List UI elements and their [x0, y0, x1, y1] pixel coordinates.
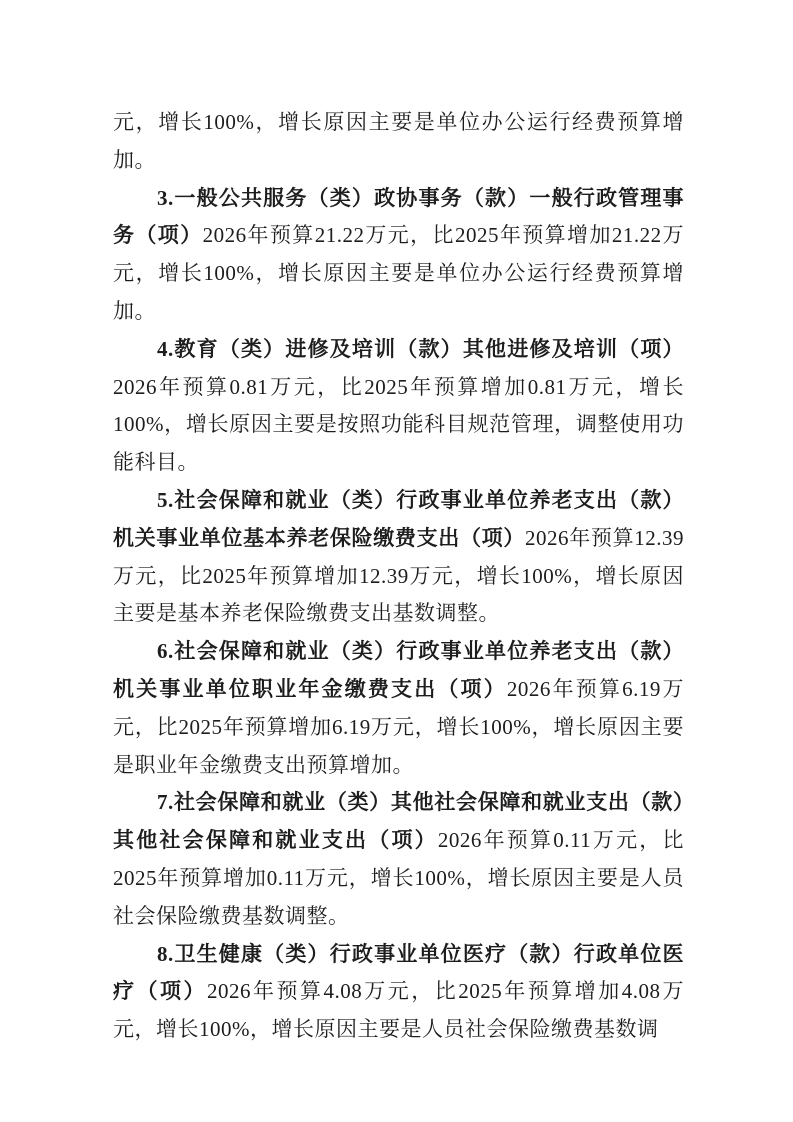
item-4-heading: 4.教育（类）进修及培训（款）其他进修及培训（项） [157, 337, 684, 361]
budget-item-3: 3.一般公共服务（类）政协事务（款）一般行政管理事务（项）2026年预算21.2… [113, 180, 684, 331]
budget-item-6: 6.社会保障和就业（类）行政事业单位养老支出（款）机关事业单位职业年金缴费支出（… [113, 633, 684, 784]
paragraph-continuation-item-2: 元，增长100%，增长原因主要是单位办公运行经费预算增加。 [113, 104, 684, 180]
budget-item-4: 4.教育（类）进修及培训（款）其他进修及培训（项）2026年预算0.81万元，比… [113, 331, 684, 482]
budget-item-7: 7.社会保障和就业（类）其他社会保障和就业支出（款）其他社会保障和就业支出（项）… [113, 784, 684, 935]
paragraph-text: 元，增长100%，增长原因主要是单位办公运行经费预算增加。 [113, 110, 684, 172]
document-page: 元，增长100%，增长原因主要是单位办公运行经费预算增加。 3.一般公共服务（类… [0, 0, 793, 1122]
budget-item-8: 8.卫生健康（类）行政事业单位医疗（款）行政单位医疗（项）2026年预算4.08… [113, 936, 684, 1049]
budget-item-5: 5.社会保障和就业（类）行政事业单位养老支出（款）机关事业单位基本养老保险缴费支… [113, 482, 684, 633]
item-4-body: 2026年预算0.81万元，比2025年预算增加0.81万元，增长100%，增长… [113, 375, 684, 475]
